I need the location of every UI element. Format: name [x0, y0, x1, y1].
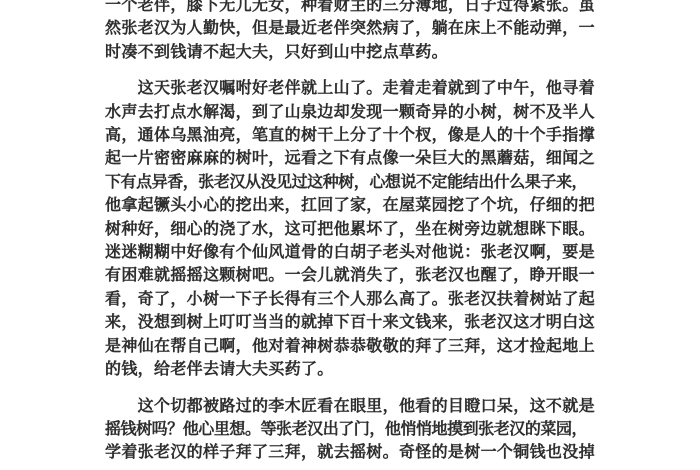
text-line: 摇钱树吗？他心里想。等张老汉出了门，他悄悄地摸到张老汉的菜园， — [105, 418, 607, 441]
text-line: 时凑不到钱请不起大夫，只好到山中挖点草药。 — [105, 41, 607, 64]
text-line: 的钱，给老伴去请大夫买药了。 — [105, 358, 607, 381]
text-line: 他拿起镢头小心的挖出来，扛回了家，在屋菜园挖了个坑，仔细的把 — [105, 194, 607, 217]
text-line: 起一片密密麻麻的树叶，远看之下有点像一朵巨大的黑蘑菇，细闻之 — [105, 147, 607, 170]
text-line: 学着张老汉的样子拜了三拜，就去摇树。奇怪的是树一个铜钱也没掉 — [105, 441, 607, 464]
text-line: 树种好，细心的浇了水，这可把他累坏了，坐在树旁边就想眯下眼。 — [105, 218, 607, 241]
text-line: 水声去打点水解渴，到了山泉边却发现一颗奇异的小树，树不及半人 — [105, 101, 607, 124]
text-line: 然张老汉为人勤快，但是最近老伴突然病了，躺在床上不能动弹，一 — [105, 17, 607, 40]
text-line: 有困难就摇摇这颗树吧。一会儿就消失了，张老汉也醒了，睁开眼一 — [105, 264, 607, 287]
paragraph-1: 一个老伴，膝下无儿无女，种着财主的三分薄地，日子过得紧张。虽然张老汉为人勤快，但… — [105, 0, 607, 64]
text-line: 是神仙在帮自己啊，他对着神树恭恭敬敬的拜了三拜，这才捡起地上 — [105, 335, 607, 358]
text-line: 看，奇了，小树一下子长得有三个人那么高了。张老汉扶着树站了起 — [105, 288, 607, 311]
paragraph-3: 这个切都被路过的李木匠看在眼里，他看的目瞪口呆，这不就是摇钱树吗？他心里想。等张… — [105, 395, 607, 465]
text-line: 一个老伴，膝下无儿无女，种着财主的三分薄地，日子过得紧张。虽 — [105, 0, 607, 17]
text-line: 这天张老汉嘱咐好老伴就上山了。走着走着就到了中午，他寻着 — [105, 77, 607, 100]
document-page: 一个老伴，膝下无儿无女，种着财主的三分薄地，日子过得紧张。虽然张老汉为人勤快，但… — [0, 0, 700, 470]
text-line: 高，通体乌黑油亮，笔直的树干上分了十个杈，像是人的十个手指撑 — [105, 124, 607, 147]
story-text: 一个老伴，膝下无儿无女，种着财主的三分薄地，日子过得紧张。虽然张老汉为人勤快，但… — [105, 0, 607, 465]
paragraph-2: 这天张老汉嘱咐好老伴就上山了。走着走着就到了中午，他寻着水声去打点水解渴，到了山… — [105, 77, 607, 381]
text-line: 来，没想到树上叮叮当当的就掉下百十来文钱来，张老汉这才明白这 — [105, 311, 607, 334]
text-line: 下有点异香，张老汉从没见过这种树，心想说不定能结出什么果子来， — [105, 171, 607, 194]
text-line: 迷迷糊糊中好像有个仙风道骨的白胡子老头对他说：张老汉啊，要是 — [105, 241, 607, 264]
text-line: 这个切都被路过的李木匠看在眼里，他看的目瞪口呆，这不就是 — [105, 395, 607, 418]
